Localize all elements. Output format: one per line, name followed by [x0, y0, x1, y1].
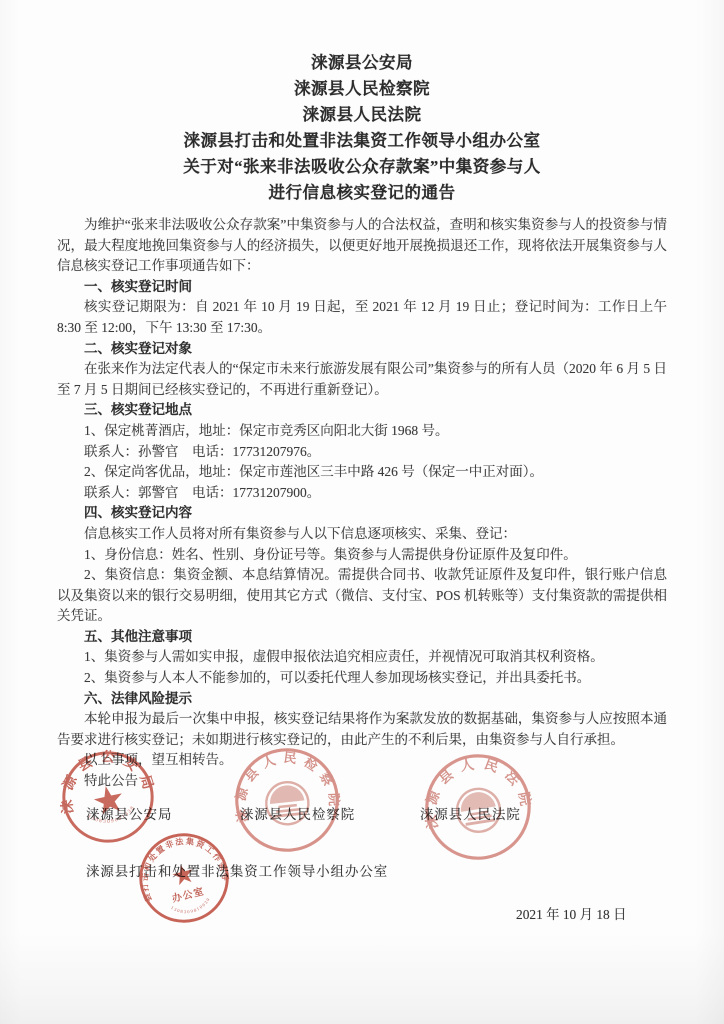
- title-line-subject-1: 关于对“张来非法吸收公众存款案”中集资参与人: [57, 154, 667, 180]
- seal-police-code: 1308309001338: [86, 804, 139, 829]
- section-3-location-1: 1、保定桃菁酒店，地址：保定市竞秀区向阳北大街 1968 号。: [57, 421, 667, 442]
- document-date: 2021 年 10 月 18 日: [516, 904, 626, 923]
- title-line-subject-2: 进行信息核实登记的通告: [57, 180, 667, 206]
- section-1-paragraph: 核实登记期限为：自 2021 年 10 月 19 日起，至 2021 年 12 …: [57, 297, 667, 338]
- title-line-issuer-court: 涞源县人民法院: [57, 102, 667, 128]
- signature-procuratorate: 涞源县人民检察院: [240, 804, 355, 823]
- section-4-paragraph-1: 信息核实工作人员将对所有集资参与人以下信息逐项核实、采集、登记：: [57, 524, 667, 545]
- national-emblem-icon: [454, 786, 503, 835]
- section-2-paragraph: 在张来作为法定代表人的“保定市未来行旅游发展有限公司”集资参与的所有人员（202…: [57, 359, 667, 400]
- svg-text:涞源县打击和处置非法集资工作领导小组: 涞源县打击和处置非法集资工作领导小组: [120, 814, 232, 906]
- hereby-announced: 特此公告: [57, 771, 667, 792]
- section-1-heading: 一、核实登记时间: [57, 277, 667, 298]
- title-line-issuer-procuratorate: 涞源县人民检察院: [57, 76, 667, 102]
- section-2-heading: 二、核实登记对象: [57, 339, 667, 360]
- section-4-paragraph-2: 1、身份信息：姓名、性别、身份证号等。集资参与人需提供身份证原件及复印件。: [57, 545, 667, 566]
- document-title: 涞源县公安局 涞源县人民检察院 涞源县人民法院 涞源县打击和处置非法集资工作领导…: [57, 50, 667, 206]
- section-3-location-2: 2、保定尚客优品，地址：保定市莲池区三丰中路 426 号（保定一中正对面）。: [57, 462, 667, 483]
- title-line-issuer-police: 涞源县公安局: [57, 50, 667, 76]
- seal-office-center-text: 办公室: [171, 884, 206, 905]
- section-5-heading: 五、其他注意事项: [57, 627, 667, 648]
- seal-office-arc-text: 涞源县打击和处置非法集资工作领导小组: [120, 814, 232, 906]
- svg-text:1308309810039: 1308309810039: [169, 896, 213, 919]
- document-content: 涞源县公安局 涞源县人民检察院 涞源县人民法院 涞源县打击和处置非法集资工作领导…: [57, 50, 667, 792]
- signature-office: 涞源县打击和处置非法集资工作领导小组办公室: [86, 861, 388, 880]
- section-6-heading: 六、法律风险提示: [57, 689, 667, 710]
- section-5-paragraph-1: 1、集资参与人需如实申报，虚假申报依法追究相应责任，并视情况可取消其权利资格。: [57, 647, 667, 668]
- section-4-heading: 四、核实登记内容: [57, 503, 667, 524]
- section-3-heading: 三、核实登记地点: [57, 400, 667, 421]
- official-seal-office: 涞源县打击和处置非法集资工作领导小组 办公室 1308309810039: [127, 821, 241, 935]
- section-4-paragraph-3: 2、集资信息：集资金额、本息结算情况。需提供合同书、收款凭证原件及复印件，银行账…: [57, 565, 667, 627]
- scanned-notice-page: 涞源县公安局 涞源县人民检察院 涞源县人民法院 涞源县打击和处置非法集资工作领导…: [0, 0, 724, 1024]
- intro-paragraph: 为维护“张来非法吸收公众存款案”中集资参与人的合法权益，查明和核实集资参与人的投…: [57, 215, 667, 277]
- title-line-issuer-office: 涞源县打击和处置非法集资工作领导小组办公室: [57, 128, 667, 154]
- section-6-paragraph-1: 本轮申报为最后一次集中申报，核实登记结果将作为案款发放的数据基础，集资参与人应按…: [57, 709, 667, 750]
- signature-police: 涞源县公安局: [86, 804, 172, 823]
- seal-office-code: 1308309810039: [169, 896, 213, 919]
- closing-remark: 以上事项，望互相转告。: [57, 750, 667, 771]
- section-3-contact-1: 联系人：孙警官 电话：17731207976。: [57, 442, 667, 463]
- section-3-contact-2: 联系人：郭警官 电话：17731207900。: [57, 483, 667, 504]
- document-body: 为维护“张来非法吸收公众存款案”中集资参与人的合法权益，查明和核实集资参与人的投…: [57, 215, 667, 792]
- seal-office-star-icon: [171, 862, 196, 886]
- svg-text:1308309001338: 1308309001338: [86, 804, 139, 829]
- signature-court: 涞源县人民法院: [420, 804, 521, 823]
- section-5-paragraph-2: 2、集资参与人本人不能参加的，可以委托代理人参加现场核实登记，并出具委托书。: [57, 668, 667, 689]
